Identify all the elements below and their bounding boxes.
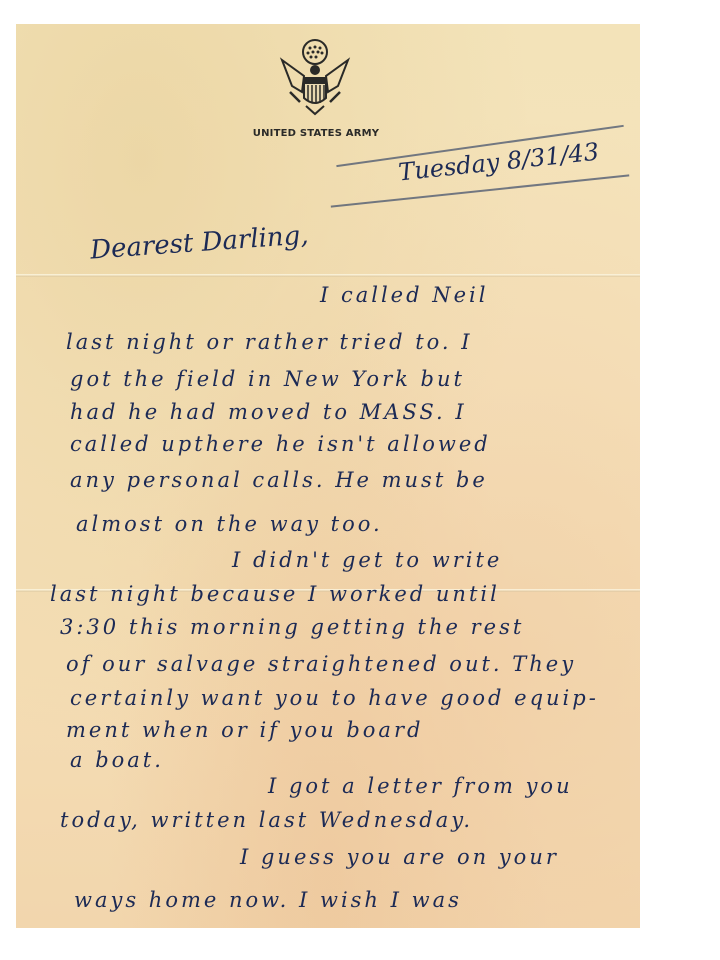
letter-line: I called Neil	[320, 283, 488, 307]
letter-line: any personal calls. He must be	[70, 468, 488, 492]
letter-line: I didn't get to write	[232, 548, 502, 572]
letter-line: last night because I worked until	[50, 582, 500, 606]
letter-line: last night or rather tried to. I	[66, 330, 473, 354]
letter-line: of our salvage straightened out. They	[66, 652, 576, 676]
letter-line: 3:30 this morning getting the rest	[60, 615, 524, 639]
letter-line: ment when or if you board	[66, 718, 423, 742]
letter-line: got the field in New York but	[70, 367, 465, 391]
letter-line: I guess you are on your	[240, 845, 559, 869]
letter-line: a boat.	[70, 748, 164, 772]
eagle-seal-icon	[274, 36, 356, 118]
letter-line: certainly want you to have good equip-	[70, 686, 599, 710]
letterhead-title: UNITED STATES ARMY	[236, 128, 396, 139]
letter-line: called upthere he isn't allowed	[70, 432, 491, 456]
letter-line: today, written last Wednesday.	[60, 808, 473, 832]
letter-line: I got a letter from you	[268, 774, 573, 798]
letter-line: almost on the way too.	[76, 512, 383, 536]
paper-fold	[16, 274, 640, 277]
letter-line: ways home now. I wish I was	[74, 888, 462, 912]
letter-line: had he had moved to MASS. I	[70, 400, 467, 424]
